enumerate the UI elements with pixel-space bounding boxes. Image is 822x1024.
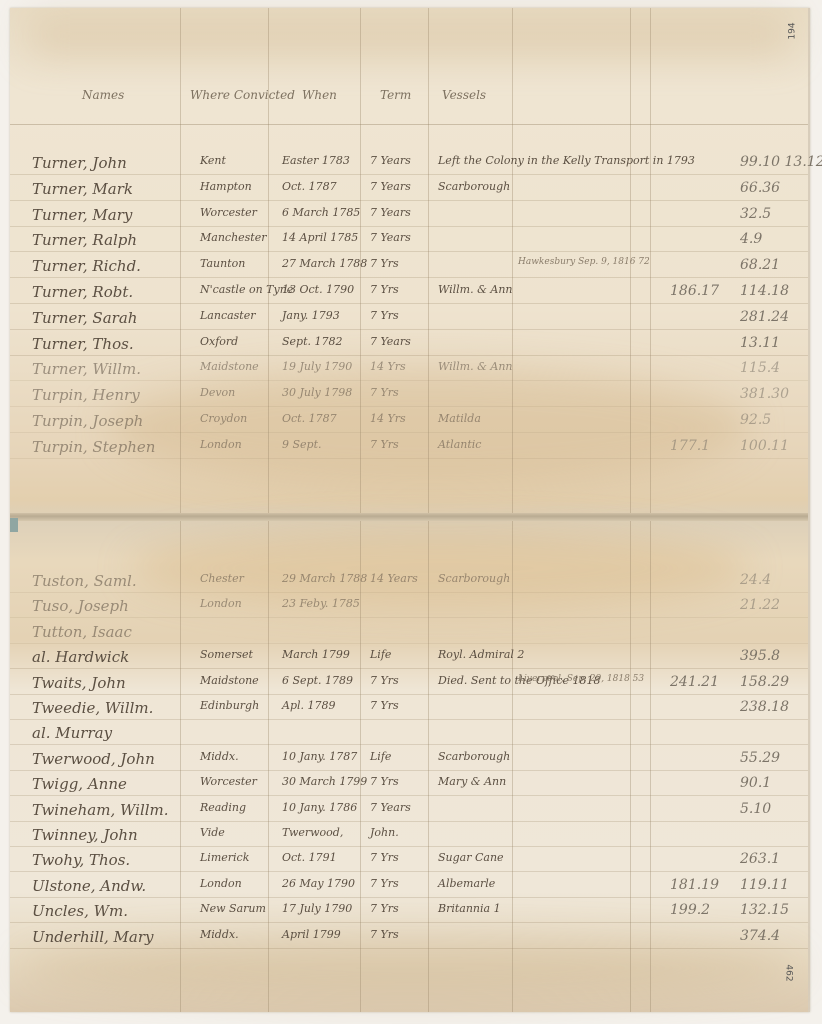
entry-where-convicted: Middx.	[200, 928, 239, 941]
entry-amount-2: 68.21	[740, 257, 780, 273]
entry-when: 27 March 1788	[282, 257, 367, 270]
entry-when: 23 Feby. 1785	[282, 597, 360, 610]
entry-vessel: Scarborough	[438, 572, 510, 585]
column-header-vessels: Vessels	[442, 88, 486, 102]
entry-name: Turpin, Joseph	[32, 412, 143, 430]
entry-amount-2: 100.11	[740, 438, 789, 454]
entry-where-convicted: New Sarum	[200, 902, 266, 915]
page-number-bottom: 462	[784, 964, 794, 981]
table-row: Turner, Willm.Maidstone19 July 179014 Yr…	[10, 360, 808, 386]
entry-name: Turner, Ralph	[32, 231, 137, 249]
entry-name: Twerwood, John	[32, 750, 155, 768]
table-row: Turner, JohnKentEaster 17837 YearsLeft t…	[10, 154, 808, 180]
entry-vessel: Atlantic	[438, 438, 481, 451]
entry-amount-2: 32.5	[740, 206, 771, 222]
entry-when: 9 Sept.	[282, 438, 322, 451]
entry-when: Oct. 1787	[282, 180, 337, 193]
entry-amount-2: 55.29	[740, 750, 780, 766]
page-number-top: 194	[788, 22, 798, 39]
table-row: al. Murray	[10, 724, 808, 750]
entry-name: Twaits, John	[32, 674, 126, 692]
entry-where-convicted: Croydon	[200, 412, 247, 425]
entry-when: Sept. 1782	[282, 335, 343, 348]
table-row: Underhill, MaryMiddx.April 17997 Yrs374.…	[10, 928, 808, 954]
entry-name: Ulstone, Andw.	[32, 877, 146, 895]
entry-when: 17 July 1790	[282, 902, 352, 915]
entry-term: 7 Years	[370, 801, 411, 814]
table-row: Turner, Thos.OxfordSept. 17827 Years13.1…	[10, 335, 808, 361]
entry-term: 7 Years	[370, 231, 411, 244]
entry-when: 26 May 1790	[282, 877, 355, 890]
entry-when: 6 March 1785	[282, 206, 360, 219]
entry-when: 30 July 1798	[282, 386, 352, 399]
entry-where-convicted: Limerick	[200, 851, 249, 864]
entry-amount-2: 21.22	[740, 597, 780, 613]
entry-name: Tuston, Saml.	[32, 572, 137, 590]
entry-term: 7 Years	[370, 154, 411, 167]
entry-vessel: Willm. & Ann	[438, 360, 513, 373]
entry-term: 7 Yrs	[370, 928, 399, 941]
entry-when: 13 Oct. 1790	[282, 283, 354, 296]
entry-term: John.	[370, 826, 399, 839]
entry-vessel: Matilda	[438, 412, 481, 425]
entry-amount-2: 114.18	[740, 283, 789, 299]
entry-where-convicted: Oxford	[200, 335, 238, 348]
entry-amount-2: 263.1	[740, 851, 780, 867]
entry-term: 7 Years	[370, 335, 411, 348]
entry-amount-1: 181.19	[670, 877, 719, 893]
entry-name: Uncles, Wm.	[32, 902, 128, 920]
entry-where-convicted: Worcester	[200, 206, 257, 219]
column-header-where: Where Convicted	[190, 88, 295, 102]
entry-name: al. Hardwick	[32, 648, 129, 666]
entry-when: March 1799	[282, 648, 350, 661]
entry-name: Turner, John	[32, 154, 127, 172]
entry-term: 7 Yrs	[370, 851, 399, 864]
entry-when: Easter 1783	[282, 154, 350, 167]
entry-where-convicted: London	[200, 597, 242, 610]
entry-amount-2: 381.30	[740, 386, 789, 402]
table-row: Turner, RalphManchester14 April 17857 Ye…	[10, 231, 808, 257]
table-row: Turner, Robt.N'castle on Tyne13 Oct. 179…	[10, 283, 808, 309]
table-row: Turpin, StephenLondon9 Sept.7 YrsAtlanti…	[10, 438, 808, 464]
entry-amount-2: 13.11	[740, 335, 780, 351]
column-header-when: When	[302, 88, 337, 102]
entry-when: 10 Jany. 1786	[282, 801, 357, 814]
table-row: Twineham, Willm.Reading10 Jany. 17867 Ye…	[10, 801, 808, 827]
entry-term: 7 Yrs	[370, 438, 399, 451]
entry-amount-2: 119.11	[740, 877, 789, 893]
entry-when: 29 March 1788	[282, 572, 367, 585]
entry-when: Oct. 1791	[282, 851, 337, 864]
entry-when: Oct. 1787	[282, 412, 337, 425]
entry-amount-2: 238.18	[740, 699, 789, 715]
entry-name: al. Murray	[32, 724, 112, 742]
entry-term: 14 Yrs	[370, 412, 406, 425]
entry-name: Tweedie, Willm.	[32, 699, 153, 717]
entry-term: 7 Yrs	[370, 386, 399, 399]
entry-name: Turpin, Henry	[32, 386, 140, 404]
entry-name: Turpin, Stephen	[32, 438, 155, 456]
fold-tab	[10, 518, 18, 532]
entry-term: 7 Yrs	[370, 902, 399, 915]
entry-name: Twohy, Thos.	[32, 851, 130, 869]
column-header-term: Term	[380, 88, 411, 102]
entry-amount-1: 241.21	[670, 674, 719, 690]
entry-name: Underhill, Mary	[32, 928, 154, 946]
entry-when: April 1799	[282, 928, 341, 941]
entry-when: Apl. 1789	[282, 699, 336, 712]
entry-where-convicted: London	[200, 877, 242, 890]
table-row: Ulstone, Andw.London26 May 17907 YrsAlbe…	[10, 877, 808, 903]
entry-where-convicted: Taunton	[200, 257, 245, 270]
entry-amount-1: 199.2	[670, 902, 710, 918]
entry-name: Turner, Willm.	[32, 360, 141, 378]
entry-vessel: Mary & Ann	[438, 775, 506, 788]
table-row: Turner, MaryWorcester6 March 17857 Years…	[10, 206, 808, 232]
entry-when: Twerwood,	[282, 826, 343, 839]
table-row: Twerwood, JohnMiddx.10 Jany. 1787LifeSca…	[10, 750, 808, 776]
entry-term: 7 Yrs	[370, 674, 399, 687]
entry-where-convicted: Devon	[200, 386, 235, 399]
entry-amount-2: 158.29	[740, 674, 789, 690]
entry-when: 19 July 1790	[282, 360, 352, 373]
entry-amount-2: 281.24	[740, 309, 789, 325]
entry-amount-2: 5.10	[740, 801, 771, 817]
table-row: Twinney, JohnVideTwerwood,John.	[10, 826, 808, 852]
entry-where-convicted: Chester	[200, 572, 244, 585]
entry-name: Twigg, Anne	[32, 775, 127, 793]
entry-when: 6 Sept. 1789	[282, 674, 353, 687]
table-row: Tutton, Isaac	[10, 623, 808, 649]
entry-term: 7 Years	[370, 206, 411, 219]
entry-term: 7 Yrs	[370, 877, 399, 890]
entry-term: 7 Yrs	[370, 283, 399, 296]
entry-name: Turner, Mark	[32, 180, 133, 198]
entry-note: Hawkesbury Sep. 9, 1816 72	[518, 257, 650, 267]
entry-where-convicted: Middx.	[200, 750, 239, 763]
entry-where-convicted: Kent	[200, 154, 226, 167]
page-fold	[10, 513, 808, 521]
entry-where-convicted: Edinburgh	[200, 699, 259, 712]
entry-where-convicted: Worcester	[200, 775, 257, 788]
entry-where-convicted: Vide	[200, 826, 225, 839]
entry-term: 7 Years	[370, 180, 411, 193]
entry-where-convicted: London	[200, 438, 242, 451]
entry-when: Jany. 1793	[282, 309, 340, 322]
table-row: Tweedie, Willm.EdinburghApl. 17897 Yrs23…	[10, 699, 808, 725]
entry-vessel: Britannia 1	[438, 902, 501, 915]
table-row: Turpin, HenryDevon30 July 17987 Yrs381.3…	[10, 386, 808, 412]
entry-note: Liverpool, Sep. 29, 1818 53	[518, 674, 644, 684]
entry-name: Tutton, Isaac	[32, 623, 132, 641]
entry-name: Tuso, Joseph	[32, 597, 129, 615]
entry-term: Life	[370, 648, 391, 661]
entry-name: Twinney, John	[32, 826, 138, 844]
table-row: Twohy, Thos.LimerickOct. 17917 YrsSugar …	[10, 851, 808, 877]
entry-amount-1: 177.1	[670, 438, 710, 454]
entry-where-convicted: Hampton	[200, 180, 252, 193]
entry-when: 30 March 1799	[282, 775, 367, 788]
entry-amount-2: 132.15	[740, 902, 789, 918]
table-row: Tuston, Saml.Chester29 March 178814 Year…	[10, 572, 808, 598]
entry-where-convicted: Reading	[200, 801, 246, 814]
table-row: Turner, Richd.Taunton27 March 17887 YrsH…	[10, 257, 808, 283]
table-row: al. HardwickSomersetMarch 1799LifeRoyl. …	[10, 648, 808, 674]
table-row: Twaits, JohnMaidstone6 Sept. 17897 YrsDi…	[10, 674, 808, 700]
entry-amount-2: 115.4	[740, 360, 780, 376]
entry-term: Life	[370, 750, 391, 763]
entry-term: 7 Yrs	[370, 775, 399, 788]
table-row: Turner, MarkHamptonOct. 17877 YearsScarb…	[10, 180, 808, 206]
entry-vessel: Albemarle	[438, 877, 495, 890]
entry-when: 14 April 1785	[282, 231, 358, 244]
entry-vessel: Royl. Admiral 2	[438, 648, 524, 661]
entry-term: 14 Years	[370, 572, 418, 585]
entry-name: Turner, Robt.	[32, 283, 133, 301]
entry-vessel: Willm. & Ann	[438, 283, 513, 296]
entry-amount-2: 4.9	[740, 231, 762, 247]
entry-vessel: Sugar Cane	[438, 851, 504, 864]
entry-amount-2: 99.10 13.12	[740, 154, 822, 170]
entry-vessel: Left the Colony in the Kelly Transport i…	[438, 154, 695, 167]
entry-amount-2: 66.36	[740, 180, 780, 196]
entry-amount-1: 186.17	[670, 283, 719, 299]
entry-name: Turner, Mary	[32, 206, 132, 224]
ledger-page: 194 462 Names Where Convicted When Term …	[10, 8, 810, 1012]
entry-where-convicted: Manchester	[200, 231, 267, 244]
table-row: Uncles, Wm.New Sarum17 July 17907 YrsBri…	[10, 902, 808, 928]
entry-term: 7 Yrs	[370, 699, 399, 712]
entry-name: Turner, Richd.	[32, 257, 141, 275]
entry-vessel: Scarborough	[438, 750, 510, 763]
entry-where-convicted: N'castle on Tyne	[200, 283, 293, 296]
entry-amount-2: 92.5	[740, 412, 771, 428]
table-row: Turner, SarahLancasterJany. 17937 Yrs281…	[10, 309, 808, 335]
entry-term: 7 Yrs	[370, 309, 399, 322]
column-header-names: Names	[82, 88, 124, 102]
entry-vessel: Scarborough	[438, 180, 510, 193]
entry-where-convicted: Lancaster	[200, 309, 256, 322]
entry-amount-2: 90.1	[740, 775, 771, 791]
entry-term: 14 Yrs	[370, 360, 406, 373]
table-row: Turpin, JosephCroydonOct. 178714 YrsMati…	[10, 412, 808, 438]
entry-amount-2: 395.8	[740, 648, 780, 664]
entry-amount-2: 24.4	[740, 572, 771, 588]
entry-term: 7 Yrs	[370, 257, 399, 270]
table-row: Twigg, AnneWorcester30 March 17997 YrsMa…	[10, 775, 808, 801]
entry-where-convicted: Maidstone	[200, 674, 259, 687]
entry-where-convicted: Somerset	[200, 648, 253, 661]
entry-amount-2: 374.4	[740, 928, 780, 944]
entry-name: Turner, Thos.	[32, 335, 134, 353]
entry-name: Turner, Sarah	[32, 309, 137, 327]
entry-when: 10 Jany. 1787	[282, 750, 357, 763]
entry-where-convicted: Maidstone	[200, 360, 259, 373]
table-row: Tuso, JosephLondon23 Feby. 178521.22	[10, 597, 808, 623]
entry-name: Twineham, Willm.	[32, 801, 169, 819]
